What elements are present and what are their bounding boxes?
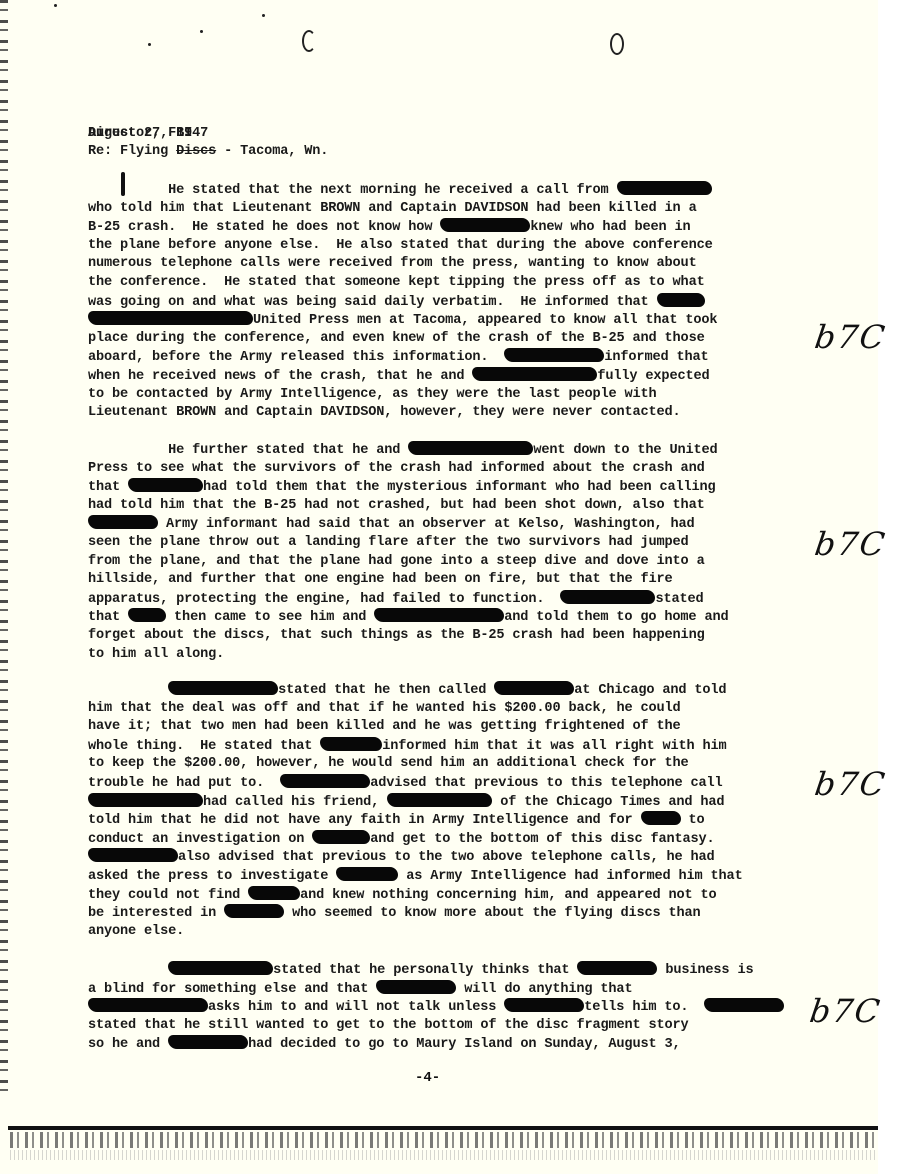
typed-text: will do anything that [456, 982, 632, 997]
typed-text: stated [655, 592, 703, 607]
margin-note-b7c: b7C [812, 525, 889, 563]
typed-text: and knew nothing concerning him, and app… [300, 888, 716, 903]
typed-text: seen the plane throw out a landing flare… [88, 535, 689, 550]
typed-text: hillside, and further that one engine ha… [88, 572, 673, 587]
typed-text: asks him to and will not talk unless [208, 1000, 504, 1015]
typed-text: numerous telephone calls were received f… [88, 256, 697, 271]
text-line: the conference. He stated that someone k… [88, 274, 705, 292]
typed-text: also advised that previous to the two ab… [178, 850, 715, 865]
typed-text: tells him to. [584, 1000, 704, 1015]
typed-text: from the plane, and that the plane had g… [88, 554, 705, 569]
text-line: forget about the discs, that such things… [88, 627, 705, 645]
typed-text: trouble he had put to. [88, 776, 280, 791]
typed-text: informed that [604, 350, 708, 365]
text-line: conduct an investigation on and get to t… [88, 830, 715, 848]
typed-text: him that the deal was off and that if he… [88, 701, 681, 716]
text-line: who told him that Lieutenant BROWN and C… [88, 200, 697, 218]
subject-line: Re: Flying Discs - Tacoma, Wn. [88, 143, 328, 161]
redaction-block [472, 367, 597, 381]
typed-text: Lieutenant BROWN and Captain DAVIDSON, h… [88, 405, 681, 420]
text-line: He stated that the next morning he recei… [88, 181, 712, 199]
typed-text: as Army Intelligence had informed him th… [398, 869, 742, 884]
redaction-block [504, 998, 584, 1012]
punch-hole-mark [302, 30, 316, 52]
text-line: the plane before anyone else. He also st… [88, 237, 713, 255]
text-line: was going on and what was being said dai… [88, 293, 705, 311]
redaction-block [88, 848, 178, 862]
text-line: trouble he had put to. advised that prev… [88, 774, 723, 792]
text-line: from the plane, and that the plane had g… [88, 553, 705, 571]
typed-text: place during the conference, and even kn… [88, 331, 705, 346]
typed-text: business is [657, 963, 753, 978]
text-line: He further stated that he and went down … [88, 441, 718, 459]
text-line: asked the press to investigate as Army I… [88, 867, 743, 885]
typed-text: that [88, 610, 128, 625]
redaction-block [657, 293, 705, 307]
redaction-block [376, 980, 456, 994]
typed-text: anyone else. [88, 924, 184, 939]
redaction-block [224, 904, 284, 918]
scan-speck [148, 43, 151, 46]
typed-text: when he received news of the crash, that… [88, 369, 472, 384]
subject-suffix: - Tacoma, Wn. [216, 144, 328, 159]
punch-hole-mark [610, 33, 624, 55]
margin-note-b7c: b7C [812, 765, 889, 803]
text-line: asks him to and will not talk unless tel… [88, 998, 784, 1016]
typed-text: stated that he then called [278, 683, 494, 698]
subject-struck-word: Discs [176, 144, 216, 159]
typed-text: and told them to go home and [504, 610, 728, 625]
redaction-block [88, 793, 203, 807]
typed-text: so he and [88, 1037, 168, 1052]
typed-text: stated that he personally thinks that [273, 963, 577, 978]
typed-text: and get to the bottom of this disc fanta… [370, 832, 714, 847]
typed-text: Army informant had said that an observer… [158, 517, 695, 532]
text-line: also advised that previous to the two ab… [88, 848, 715, 866]
text-line: to be contacted by Army Intelligence, as… [88, 386, 657, 404]
redaction-block [440, 218, 530, 232]
typed-text: they could not find [88, 888, 248, 903]
typed-text: informed him that it was all right with … [382, 739, 726, 754]
redaction-block [374, 608, 504, 622]
redaction-block [577, 961, 657, 975]
scan-speck [262, 14, 265, 17]
typed-text: who seemed to know more about the flying… [284, 906, 700, 921]
typed-text: at Chicago and told [574, 683, 726, 698]
typed-text: of the Chicago Times and had [492, 795, 724, 810]
margin-mark [121, 172, 125, 196]
typed-text: whole thing. He stated that [88, 739, 320, 754]
redaction-block [168, 1035, 248, 1049]
text-line: stated that he personally thinks that bu… [88, 961, 753, 979]
typed-text: Press to see what the survivors of the c… [88, 461, 705, 476]
text-line: stated that he still wanted to get to th… [88, 1017, 689, 1035]
redaction-block [641, 811, 681, 825]
text-line: so he and had decided to go to Maury Isl… [88, 1035, 681, 1053]
redaction-block [248, 886, 300, 900]
typed-text: knew who had been in [530, 220, 690, 235]
typed-text: He further stated that he and [88, 443, 408, 458]
typed-text: was going on and what was being said dai… [88, 295, 657, 310]
text-line: anyone else. [88, 923, 184, 941]
scan-bottom-noise [10, 1150, 878, 1160]
typed-text: United Press men at Tacoma, appeared to … [253, 313, 717, 328]
typed-text: forget about the discs, that such things… [88, 628, 705, 643]
typed-text: B-25 crash. He stated he does not know h… [88, 220, 440, 235]
typed-text: to be contacted by Army Intelligence, as… [88, 387, 657, 402]
margin-note-b7c: b7C [807, 992, 884, 1030]
typed-text: had told them that the mysterious inform… [203, 480, 716, 495]
typed-text [88, 963, 168, 978]
page-number: -4- [415, 1070, 440, 1086]
redaction-block [88, 515, 158, 529]
text-line: that then came to see him and and told t… [88, 608, 728, 626]
text-line: hillside, and further that one engine ha… [88, 571, 673, 589]
typed-text: had told him that the B-25 had not crash… [88, 498, 705, 513]
scan-speck [200, 30, 203, 33]
typed-text: asked the press to investigate [88, 869, 336, 884]
text-line: be interested in who seemed to know more… [88, 904, 701, 922]
typed-text: the plane before anyone else. He also st… [88, 238, 713, 253]
text-line: numerous telephone calls were received f… [88, 255, 697, 273]
text-line: they could not find and knew nothing con… [88, 886, 717, 904]
text-line: to him all along. [88, 646, 224, 664]
redaction-block [560, 590, 655, 604]
typed-text [88, 683, 168, 698]
text-line: whole thing. He stated that informed him… [88, 737, 727, 755]
typed-text: He stated that the next morning he recei… [88, 183, 617, 198]
text-line: to keep the $200.00, however, he would s… [88, 755, 689, 773]
redaction-block [128, 478, 203, 492]
typed-text: who told him that Lieutenant BROWN and C… [88, 201, 697, 216]
typed-text: fully expected [597, 369, 709, 384]
typed-text: to keep the $200.00, however, he would s… [88, 756, 689, 771]
text-line: told him that he did not have any faith … [88, 811, 705, 829]
typed-text: the conference. He stated that someone k… [88, 275, 705, 290]
typed-text: had called his friend, [203, 795, 387, 810]
text-line: Lieutenant BROWN and Captain DAVIDSON, h… [88, 404, 681, 422]
redaction-block [312, 830, 370, 844]
memo-date: August 27, 1947 [88, 125, 842, 143]
redaction-block [494, 681, 574, 695]
document-page: Director, FBI August 27, 1947 Re: Flying… [0, 0, 878, 1174]
redaction-block [88, 998, 208, 1012]
redaction-block [408, 441, 533, 455]
redaction-block [280, 774, 370, 788]
text-line: Press to see what the survivors of the c… [88, 460, 705, 478]
redaction-block [320, 737, 382, 751]
typed-text: have it; that two men had been killed an… [88, 719, 681, 734]
margin-note-b7c: b7C [812, 318, 889, 356]
typed-text: stated that he still wanted to get to th… [88, 1018, 689, 1033]
text-line: B-25 crash. He stated he does not know h… [88, 218, 691, 236]
text-line: apparatus, protecting the engine, had fa… [88, 590, 704, 608]
text-line: United Press men at Tacoma, appeared to … [88, 311, 717, 329]
redaction-block [704, 998, 784, 1012]
text-line: place during the conference, and even kn… [88, 330, 705, 348]
redaction-block [88, 311, 253, 325]
scan-speck [54, 4, 57, 7]
typed-text: told him that he did not have any faith … [88, 813, 641, 828]
typed-text: had decided to go to Maury Island on Sun… [248, 1037, 680, 1052]
text-line: him that the deal was off and that if he… [88, 700, 681, 718]
typed-text: to [681, 813, 705, 828]
typed-text: a blind for something else and that [88, 982, 376, 997]
text-line: Army informant had said that an observer… [88, 515, 695, 533]
typed-text: aboard, before the Army released this in… [88, 350, 504, 365]
typed-text: then came to see him and [166, 610, 374, 625]
typed-text: conduct an investigation on [88, 832, 312, 847]
text-line: have it; that two men had been killed an… [88, 718, 681, 736]
redaction-block [336, 867, 398, 881]
text-line: a blind for something else and that will… [88, 980, 632, 998]
redaction-block [168, 681, 278, 695]
text-line: aboard, before the Army released this in… [88, 348, 709, 366]
text-line: stated that he then called at Chicago an… [88, 681, 726, 699]
text-line: had told him that the B-25 had not crash… [88, 497, 705, 515]
scan-bottom-noise [10, 1132, 878, 1148]
scan-edge-noise [0, 0, 8, 1100]
subject-prefix: Re: Flying [88, 144, 176, 159]
typed-text: apparatus, protecting the engine, had fa… [88, 592, 560, 607]
typed-text: that [88, 480, 128, 495]
typed-text: went down to the United [533, 443, 717, 458]
typed-text: be interested in [88, 906, 224, 921]
text-line: that had told them that the mysterious i… [88, 478, 716, 496]
bottom-rule [8, 1126, 878, 1130]
redaction-block [617, 181, 712, 195]
text-line: seen the plane throw out a landing flare… [88, 534, 689, 552]
text-line: when he received news of the crash, that… [88, 367, 709, 385]
text-line: had called his friend, of the Chicago Ti… [88, 793, 724, 811]
typed-text: to him all along. [88, 647, 224, 662]
typed-text: advised that previous to this telephone … [370, 776, 722, 791]
redaction-block [504, 348, 604, 362]
redaction-block [128, 608, 166, 622]
redaction-block [168, 961, 273, 975]
redaction-block [387, 793, 492, 807]
